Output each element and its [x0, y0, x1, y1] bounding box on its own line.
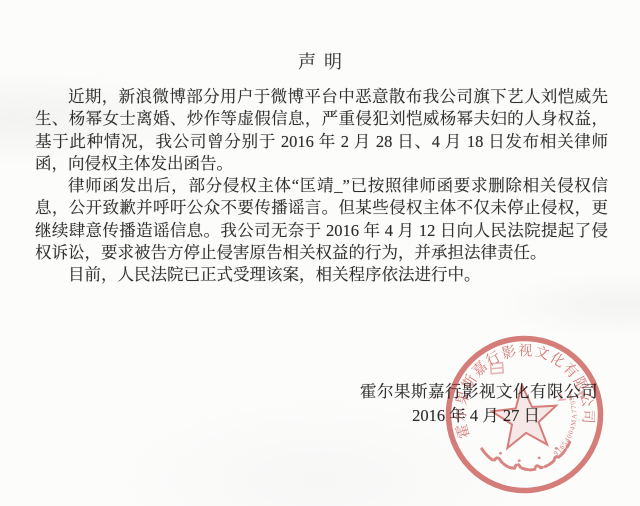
paragraph-3: 目前，人民法院已正式受理该案，相关程序依法进行中。: [35, 264, 608, 286]
document-title: 声明: [0, 48, 640, 74]
seal-inner-mark-left: [490, 363, 503, 374]
signature-date: 2016 年 4 月 27 日: [412, 402, 540, 426]
paragraph-2: 律师函发出后，部分侵权主体“匡靖_”已按照律师函要求删除相关侵权信息，公开致歉并…: [35, 175, 608, 264]
paragraph-1: 近期，新浪微博部分用户于微博平台中恶意散布我公司旗下艺人刘恺威先生、杨幂女士离婚…: [35, 86, 608, 175]
seal-registration-number: 91654004MA7795: [547, 395, 582, 458]
uyghur-script-dots: [500, 448, 557, 462]
document-body: 近期，新浪微博部分用户于微博平台中恶意散布我公司旗下艺人刘恺威先生、杨幂女士离婚…: [35, 86, 608, 287]
signature-company: 霍尔果斯嘉行影视文化有限公司: [360, 378, 598, 402]
document-page: 声明 近期，新浪微博部分用户于微博平台中恶意散布我公司旗下艺人刘恺威先生、杨幂女…: [0, 0, 640, 506]
uyghur-script-arc: [482, 441, 572, 474]
